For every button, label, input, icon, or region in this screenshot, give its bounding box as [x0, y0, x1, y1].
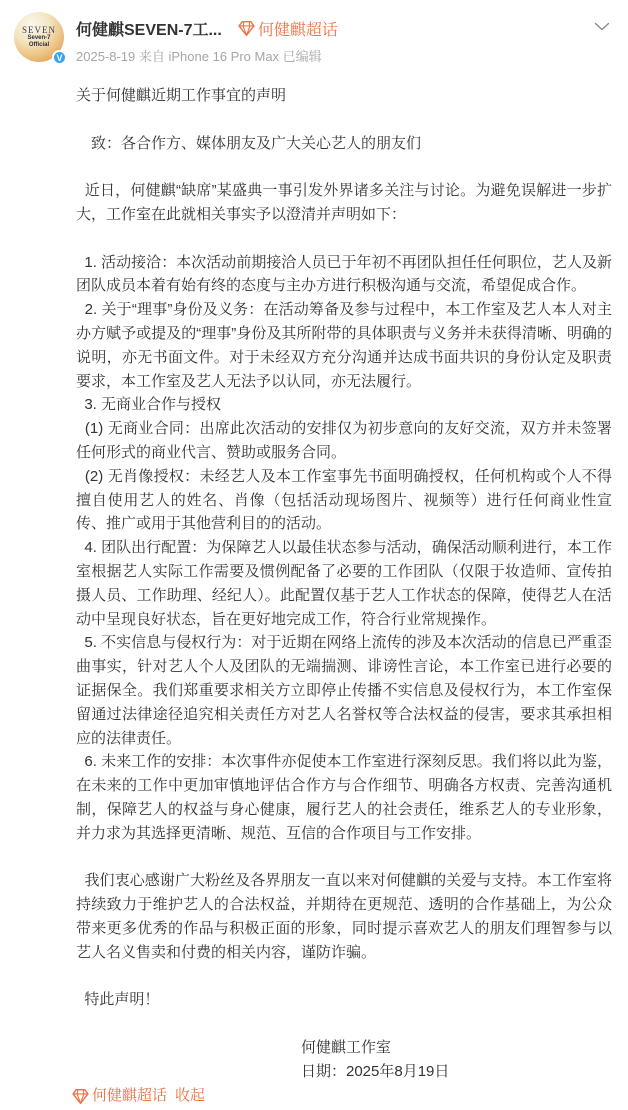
supertopic-badge[interactable]: 何健麒超话 [238, 17, 338, 40]
supertopic-link-row: 何健麒超话 收起 [72, 1084, 612, 1108]
post-header: SEVEN Seven-7 Official V 何健麒SEVEN-7工... … [0, 0, 628, 65]
avatar-text-seven7: Seven-7 [27, 35, 50, 42]
supertopic-badge-label: 何健麒超话 [258, 17, 338, 40]
avatar[interactable]: SEVEN Seven-7 Official V [14, 12, 64, 62]
verified-badge-icon: V [52, 50, 67, 65]
chevron-down-icon[interactable] [594, 22, 610, 31]
gem-icon [238, 20, 255, 37]
avatar-text-seven: SEVEN [22, 26, 56, 35]
post-body-text: 关于何健麒近期工作事宜的声明 致：各合作方、媒体朋友及广大关心艺人的朋友们 近日… [76, 84, 612, 1083]
header-main: 何健麒SEVEN-7工... 何健麒超话 2025-8-19 来自 iPhone… [76, 12, 338, 65]
username[interactable]: 何健麒SEVEN-7工... [76, 17, 222, 40]
gem-icon [72, 1088, 89, 1105]
supertopic-link[interactable]: 何健麒超话 [92, 1084, 167, 1108]
name-row: 何健麒SEVEN-7工... 何健麒超话 [76, 17, 338, 40]
avatar-text-official: Official [29, 42, 49, 49]
collapse-link[interactable]: 收起 [175, 1084, 205, 1108]
weibo-post-card: SEVEN Seven-7 Official V 何健麒SEVEN-7工... … [0, 0, 628, 1110]
post-timestamp: 2025-8-19 来自 iPhone 16 Pro Max 已编辑 [76, 46, 338, 65]
